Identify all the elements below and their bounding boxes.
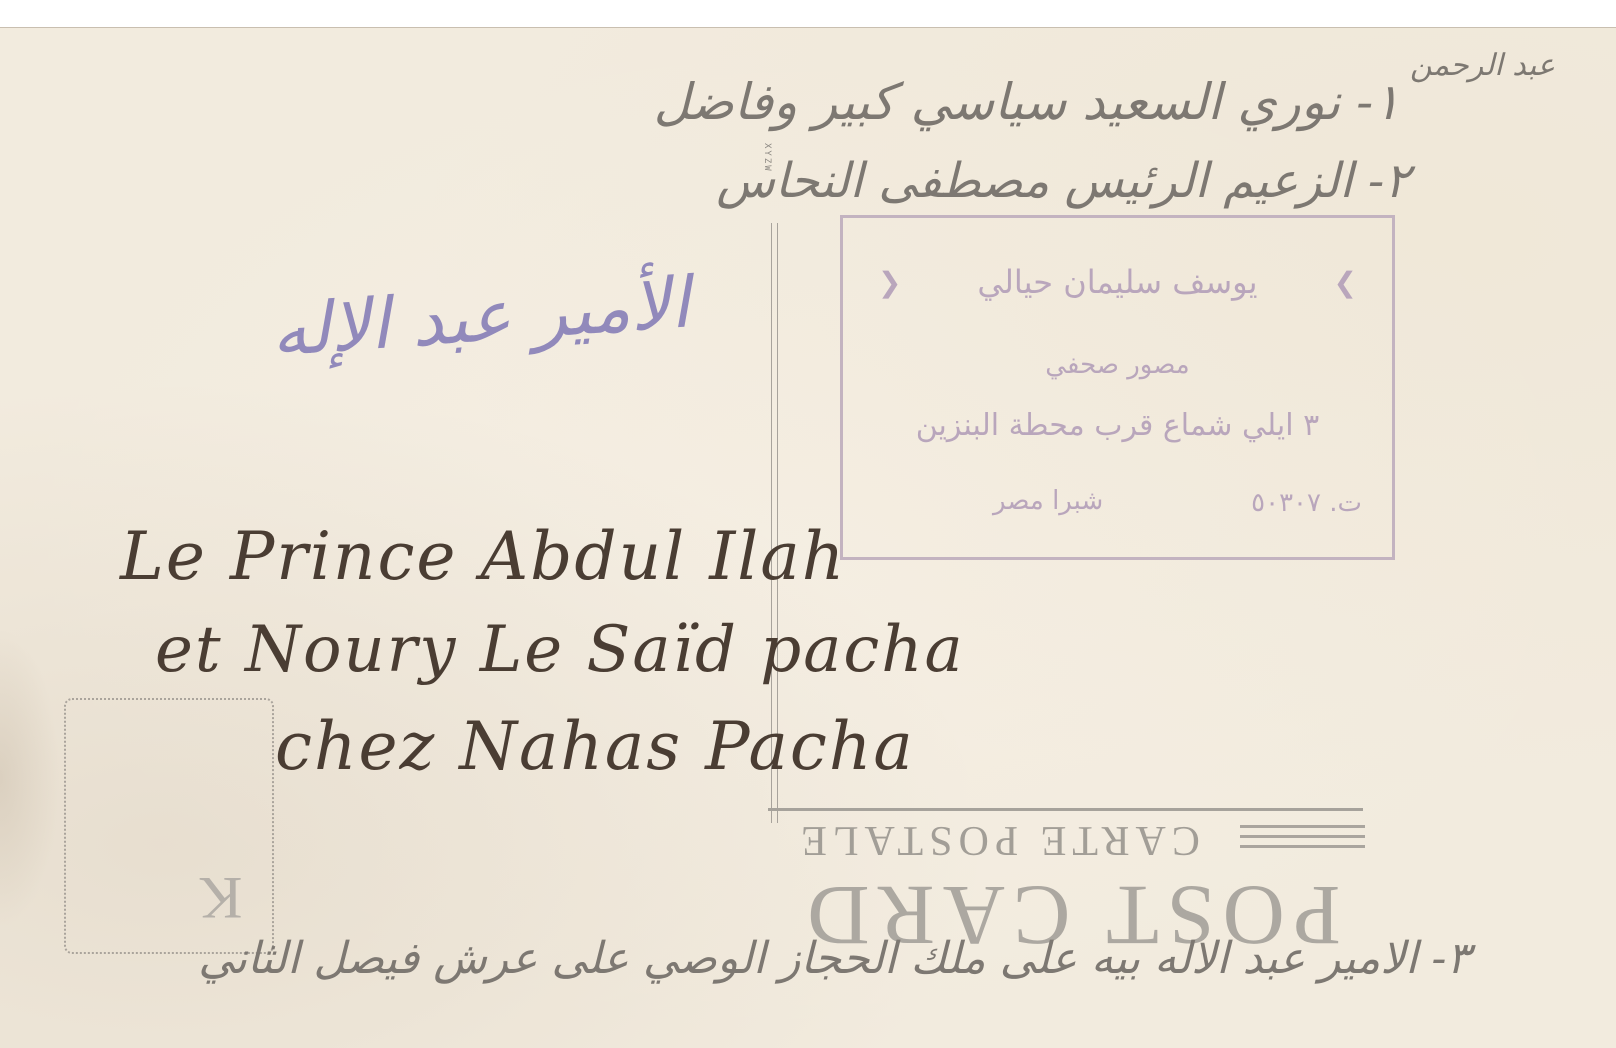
- stamp-box-letter: K: [199, 868, 242, 928]
- pencil-note-line-1: ١- نوري السعيد سياسي كبير وفاضل: [270, 73, 1400, 131]
- stamp-placement-box: K: [64, 698, 274, 954]
- header-rule: [768, 808, 1363, 811]
- photographer-stamp: ❯ ❮ يوسف سليمان حيالي مصور صحفي ٣ ايلي ش…: [840, 215, 1395, 560]
- pencil-note-line-2: ٢- الزعيم الرئيس مصطفى النحاس: [540, 153, 1410, 209]
- stamp-city: شبرا مصر: [993, 486, 1103, 516]
- divider-code: XYZW: [762, 143, 772, 173]
- stamp-phone: ت. ٥٠٣٠٧: [1251, 488, 1362, 518]
- carte-postale-heading: CARTE POSTALE: [770, 816, 1225, 864]
- stamp-photographer-name: يوسف سليمان حيالي: [843, 263, 1392, 301]
- caption-line-2: et Noury Le Saïd pacha: [155, 613, 965, 687]
- scan-background: عبد الرحمن ١- نوري السعيد سياسي كبير وفا…: [0, 0, 1616, 1048]
- stamp-title: مصور صحفي: [843, 350, 1392, 380]
- paper-stain: [0, 628, 60, 928]
- postcard: عبد الرحمن ١- نوري السعيد سياسي كبير وفا…: [0, 27, 1616, 1048]
- pencil-note-bottom: ٣- الامير عبد الاله بيه على ملك الحجاز ا…: [5, 933, 1470, 984]
- header-decorative-lines: [1240, 825, 1365, 857]
- violet-note: الأمير عبد الإله: [68, 261, 692, 386]
- caption-line-1: Le Prince Abdul Ilah: [120, 518, 846, 595]
- pencil-note-prefix: عبد الرحمن: [1410, 48, 1555, 83]
- stamp-address: ٣ ايلي شماع قرب محطة البنزين: [843, 408, 1392, 443]
- caption-line-3: chez Nahas Pacha: [275, 708, 915, 785]
